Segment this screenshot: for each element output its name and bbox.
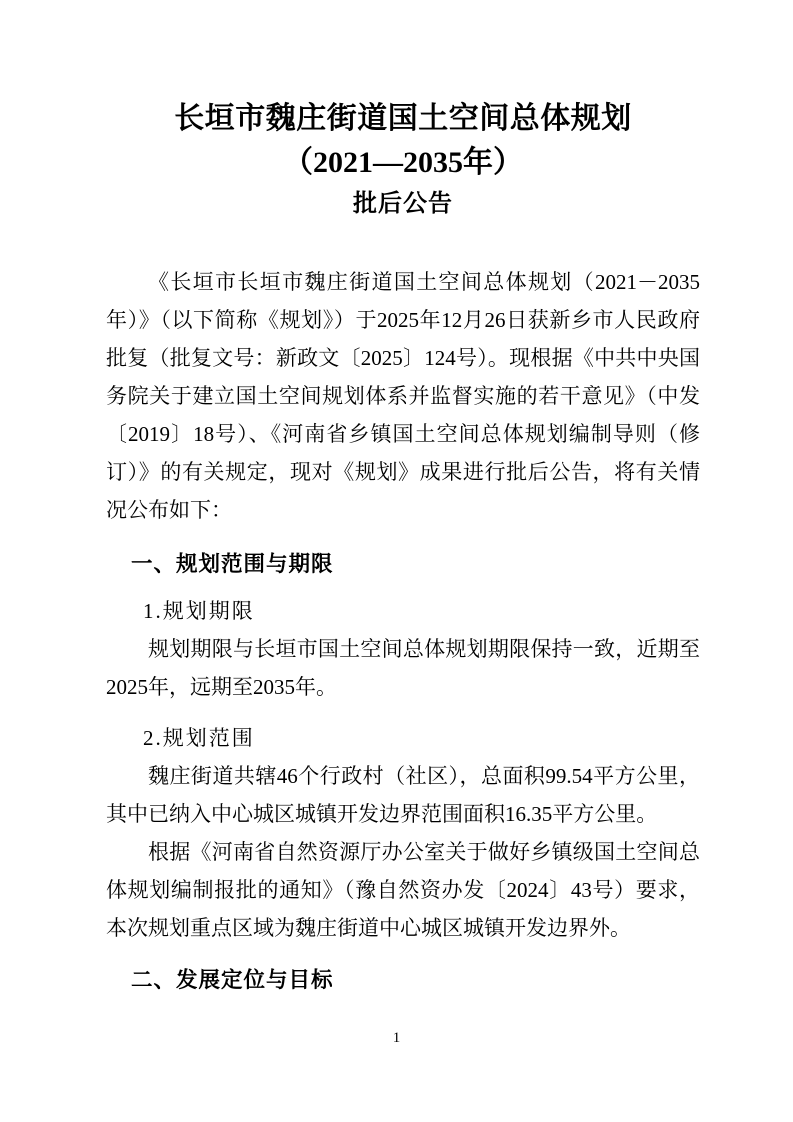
subsection-heading-1-2: 2.规划范围 xyxy=(106,719,700,757)
document-title: 长垣市魏庄街道国土空间总体规划 （2021—2035年） 批后公告 xyxy=(106,96,700,223)
paragraph-planning-focus: 根据《河南省自然资源厅办公室关于做好乡镇级国土空间总体规划编制报批的通知》（豫自… xyxy=(106,833,700,947)
intro-paragraph: 《长垣市长垣市魏庄街道国土空间总体规划（2021－2035年）》（以下简称《规划… xyxy=(106,263,700,529)
section-heading-2: 二、发展定位与目标 xyxy=(106,965,700,995)
title-line-3: 批后公告 xyxy=(106,185,700,223)
page-number: 1 xyxy=(0,1028,793,1048)
paragraph-planning-scope: 魏庄街道共辖46个行政村（社区），总面积99.54平方公里，其中已纳入中心城区城… xyxy=(106,757,700,833)
title-line-1: 长垣市魏庄街道国土空间总体规划 xyxy=(106,96,700,141)
document-page: 长垣市魏庄街道国土空间总体规划 （2021—2035年） 批后公告 《长垣市长垣… xyxy=(0,0,793,1122)
title-line-2: （2021—2035年） xyxy=(106,141,700,185)
section-heading-1: 一、规划范围与期限 xyxy=(106,549,700,579)
subsection-heading-1-1: 1.规划期限 xyxy=(106,592,700,630)
paragraph-planning-period: 规划期限与长垣市国土空间总体规划期限保持一致，近期至2025年，远期至2035年… xyxy=(106,630,700,706)
